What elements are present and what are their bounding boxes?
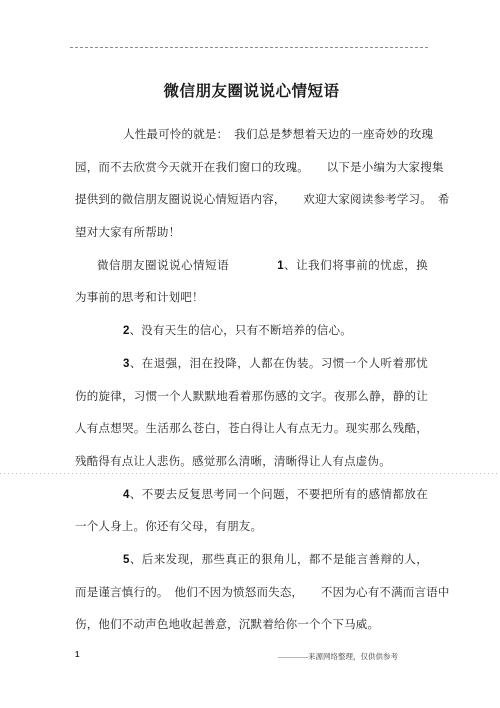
line-text: 伤，他们不动声色地收起善意，沉默着给你一个个下马威。 — [75, 619, 379, 631]
line-text: 、没有天生的信心，只有不断培养的信心。 — [130, 325, 352, 337]
paragraph-line: 一个人身上。你还有父母，有朋友。 — [75, 511, 428, 544]
line-text: 微信朋友圈说说心情短语 — [97, 260, 277, 272]
line-text: 望对大家有所帮助！ — [75, 227, 180, 239]
paragraph-line: 园，而不去欣赏今天就开在我们窗口的玫瑰。 以下是小编为大家搜集 — [75, 152, 428, 185]
line-text: 园，而不去欣赏今天就开在我们窗口的玫瑰。 以下是小编为大家搜集 — [75, 162, 444, 174]
paragraph-line: 人有点想哭。生活那么苍白，苍白得让人有点无力。现实那么残酷， — [75, 413, 428, 446]
top-divider — [70, 47, 428, 48]
item-number: 4 — [123, 489, 130, 501]
line-text: 为事前的思考和计划吧！ — [75, 292, 204, 304]
document-title: 微信朋友圈说说心情短语 — [75, 79, 428, 101]
document-page: 微信朋友圈说说心情短语 人性最可怜的就是： 我们总是梦想着天边的一座奇妙的玫瑰 … — [0, 0, 500, 708]
line-text: 残酷得有点让人悲伤。感觉那么清晰，清晰得让人有点虚伪。 — [75, 456, 391, 468]
paragraph-line: 2、没有天生的信心，只有不断培养的信心。 — [75, 315, 428, 348]
paragraph-line: 为事前的思考和计划吧！ — [75, 282, 428, 315]
page-break-divider — [0, 473, 500, 474]
paragraph-line: 提供到的微信朋友圈说说心情短语内容， 欢迎大家阅读参考学习。 希 — [75, 184, 428, 217]
line-text: 伤的旋律，习惯一个人默默地看着那伤感的文字。夜那么静，静的让 — [75, 391, 428, 403]
item-number: 5 — [123, 554, 130, 566]
paragraph-line: 4、不要去反复思考同一个问题，不要把所有的感情都放在 — [75, 479, 428, 512]
item-number: 3 — [123, 358, 130, 370]
paragraph-line: 微信朋友圈说说心情短语 1、让我们将事前的忧虑，换 — [75, 250, 428, 283]
paragraph-line: 5、后来发现，那些真正的狠角儿，都不是能言善辩的人， — [75, 544, 428, 577]
line-text: 人有点想哭。生活那么苍白，苍白得让人有点无力。现实那么残酷， — [75, 423, 428, 435]
paragraph-line: 伤，他们不动声色地收起善意，沉默着给你一个个下马威。 — [75, 609, 428, 642]
line-text: 人性最可怜的就是： 我们总是梦想着天边的一座奇妙的玫瑰 — [123, 129, 433, 141]
line-text: 而是谨言慎行的。 他们不因为愤怒而失态， 不因为心有不满而言语中 — [75, 587, 450, 599]
paragraph-line: 伤的旋律，习惯一个人默默地看着那伤感的文字。夜那么静，静的让 — [75, 381, 428, 414]
paragraph-line: 3、在退强，泪在投降，人都在伪装。习惯一个人听着那忧 — [75, 348, 428, 381]
page-number: 1 — [75, 649, 79, 661]
paragraph-line: 而是谨言慎行的。 他们不因为愤怒而失态， 不因为心有不满而言语中 — [75, 577, 428, 610]
paragraph-line: 望对大家有所帮助！ — [75, 217, 428, 250]
line-text: 、后来发现，那些真正的狠角儿，都不是能言善辩的人， — [130, 554, 428, 566]
line-text: 、让我们将事前的忧虑，换 — [284, 260, 428, 272]
item-number: 1 — [277, 260, 284, 272]
line-text: 一个人身上。你还有父母，有朋友。 — [75, 521, 262, 533]
source-note: ————来源网络整理，仅供供参考 — [278, 652, 398, 662]
item-number: 2 — [123, 325, 130, 337]
document-body: 人性最可怜的就是： 我们总是梦想着天边的一座奇妙的玫瑰 园，而不去欣赏今天就开在… — [75, 119, 428, 642]
line-text: 、不要去反复思考同一个问题，不要把所有的感情都放在 — [130, 489, 428, 501]
paragraph-line: 人性最可怜的就是： 我们总是梦想着天边的一座奇妙的玫瑰 — [75, 119, 428, 152]
line-text: 提供到的微信朋友圈说说心情短语内容， 欢迎大家阅读参考学习。 希 — [75, 194, 450, 206]
line-text: 、在退强，泪在投降，人都在伪装。习惯一个人听着那忧 — [130, 358, 428, 370]
